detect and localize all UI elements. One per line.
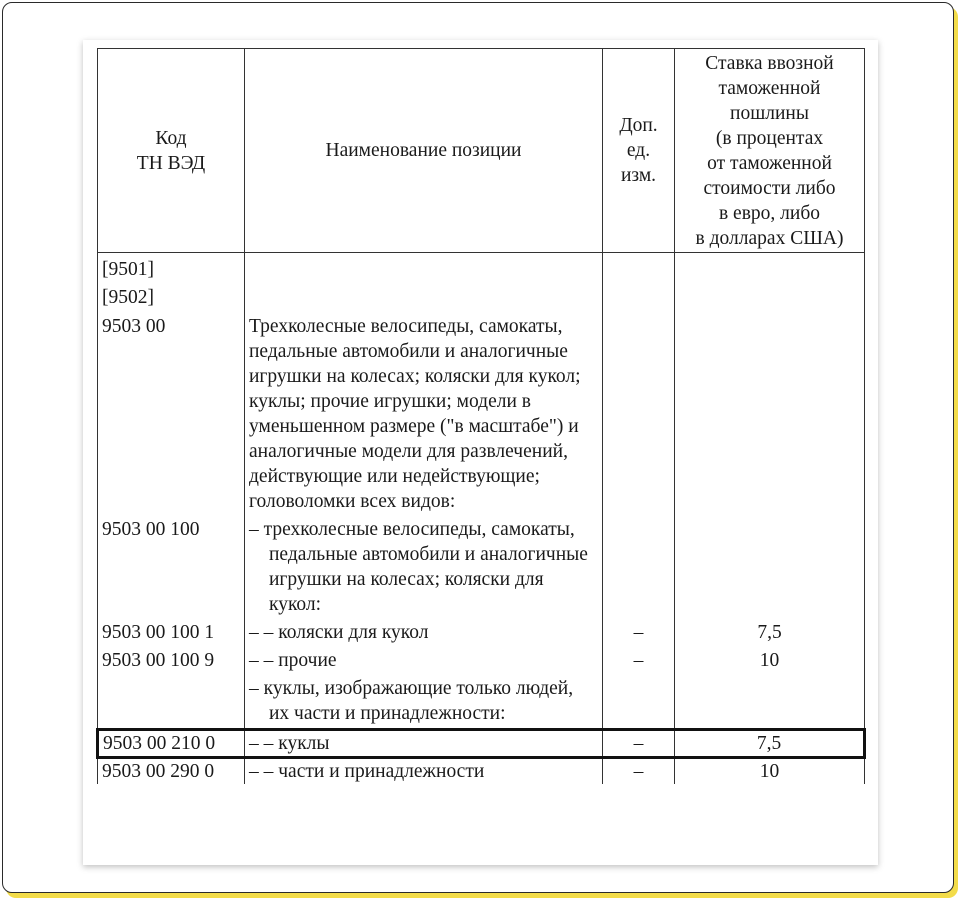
cell-unit: – bbox=[603, 617, 675, 645]
cell-unit: – bbox=[603, 730, 675, 758]
cell-desc bbox=[245, 282, 603, 310]
header-rate: Ставка ввозной таможенной пошлины (в про… bbox=[675, 49, 865, 253]
cell-rate: 7,5 bbox=[675, 730, 865, 758]
cell-desc: – – прочие bbox=[245, 645, 603, 673]
cell-desc: – – куклы bbox=[245, 730, 603, 758]
cell-desc: – – части и принадлежности bbox=[245, 758, 603, 785]
cell-code: [9502] bbox=[98, 282, 245, 310]
cell-desc: Трехколесные велосипеды, самокаты, педал… bbox=[245, 310, 603, 514]
table-row: [9501] bbox=[98, 253, 865, 283]
cell-rate bbox=[675, 310, 865, 514]
cell-unit bbox=[603, 514, 675, 617]
cell-desc bbox=[245, 253, 603, 283]
table-row: 9503 00 100 1 – – коляски для кукол – 7,… bbox=[98, 617, 865, 645]
table-row: – куклы, изображающие только людей, их ч… bbox=[98, 673, 865, 730]
cell-code: 9503 00 290 0 bbox=[98, 758, 245, 785]
cell-rate bbox=[675, 253, 865, 283]
screenshot-frame: Код ТН ВЭД Наименование позиции Доп. ед.… bbox=[2, 2, 954, 893]
cell-desc: – куклы, изображающие только людей, их ч… bbox=[245, 673, 603, 730]
cell-code: [9501] bbox=[98, 253, 245, 283]
cell-unit: – bbox=[603, 645, 675, 673]
cell-rate bbox=[675, 282, 865, 310]
table-row: 9503 00 100 – трехколесные велосипеды, с… bbox=[98, 514, 865, 617]
cell-unit bbox=[603, 282, 675, 310]
customs-tariff-table: Код ТН ВЭД Наименование позиции Доп. ед.… bbox=[96, 48, 866, 784]
cell-code: 9503 00 210 0 bbox=[98, 730, 245, 758]
cell-code: 9503 00 100 9 bbox=[98, 645, 245, 673]
table-row-highlighted: 9503 00 210 0 – – куклы – 7,5 bbox=[98, 730, 865, 758]
table-row: 9503 00 100 9 – – прочие – 10 bbox=[98, 645, 865, 673]
document-page: Код ТН ВЭД Наименование позиции Доп. ед.… bbox=[83, 40, 878, 865]
cell-desc: – трехколесные велосипеды, самокаты, пед… bbox=[245, 514, 603, 617]
cell-rate: 10 bbox=[675, 645, 865, 673]
cell-rate bbox=[675, 514, 865, 617]
cell-unit bbox=[603, 673, 675, 730]
header-code: Код ТН ВЭД bbox=[98, 49, 245, 253]
cell-rate bbox=[675, 673, 865, 730]
table-header-row: Код ТН ВЭД Наименование позиции Доп. ед.… bbox=[98, 49, 865, 253]
cell-code: 9503 00 bbox=[98, 310, 245, 514]
header-name: Наименование позиции bbox=[245, 49, 603, 253]
cell-rate: 10 bbox=[675, 758, 865, 785]
header-unit: Доп. ед. изм. bbox=[603, 49, 675, 253]
table-row: 9503 00 290 0 – – части и принадлежности… bbox=[98, 758, 865, 785]
cell-unit bbox=[603, 310, 675, 514]
cell-unit bbox=[603, 253, 675, 283]
table-row: [9502] bbox=[98, 282, 865, 310]
cell-rate: 7,5 bbox=[675, 617, 865, 645]
cell-desc: – – коляски для кукол bbox=[245, 617, 603, 645]
cell-code bbox=[98, 673, 245, 730]
cell-code: 9503 00 100 bbox=[98, 514, 245, 617]
table-row: 9503 00 Трехколесные велосипеды, самокат… bbox=[98, 310, 865, 514]
cell-code: 9503 00 100 1 bbox=[98, 617, 245, 645]
cell-unit: – bbox=[603, 758, 675, 785]
